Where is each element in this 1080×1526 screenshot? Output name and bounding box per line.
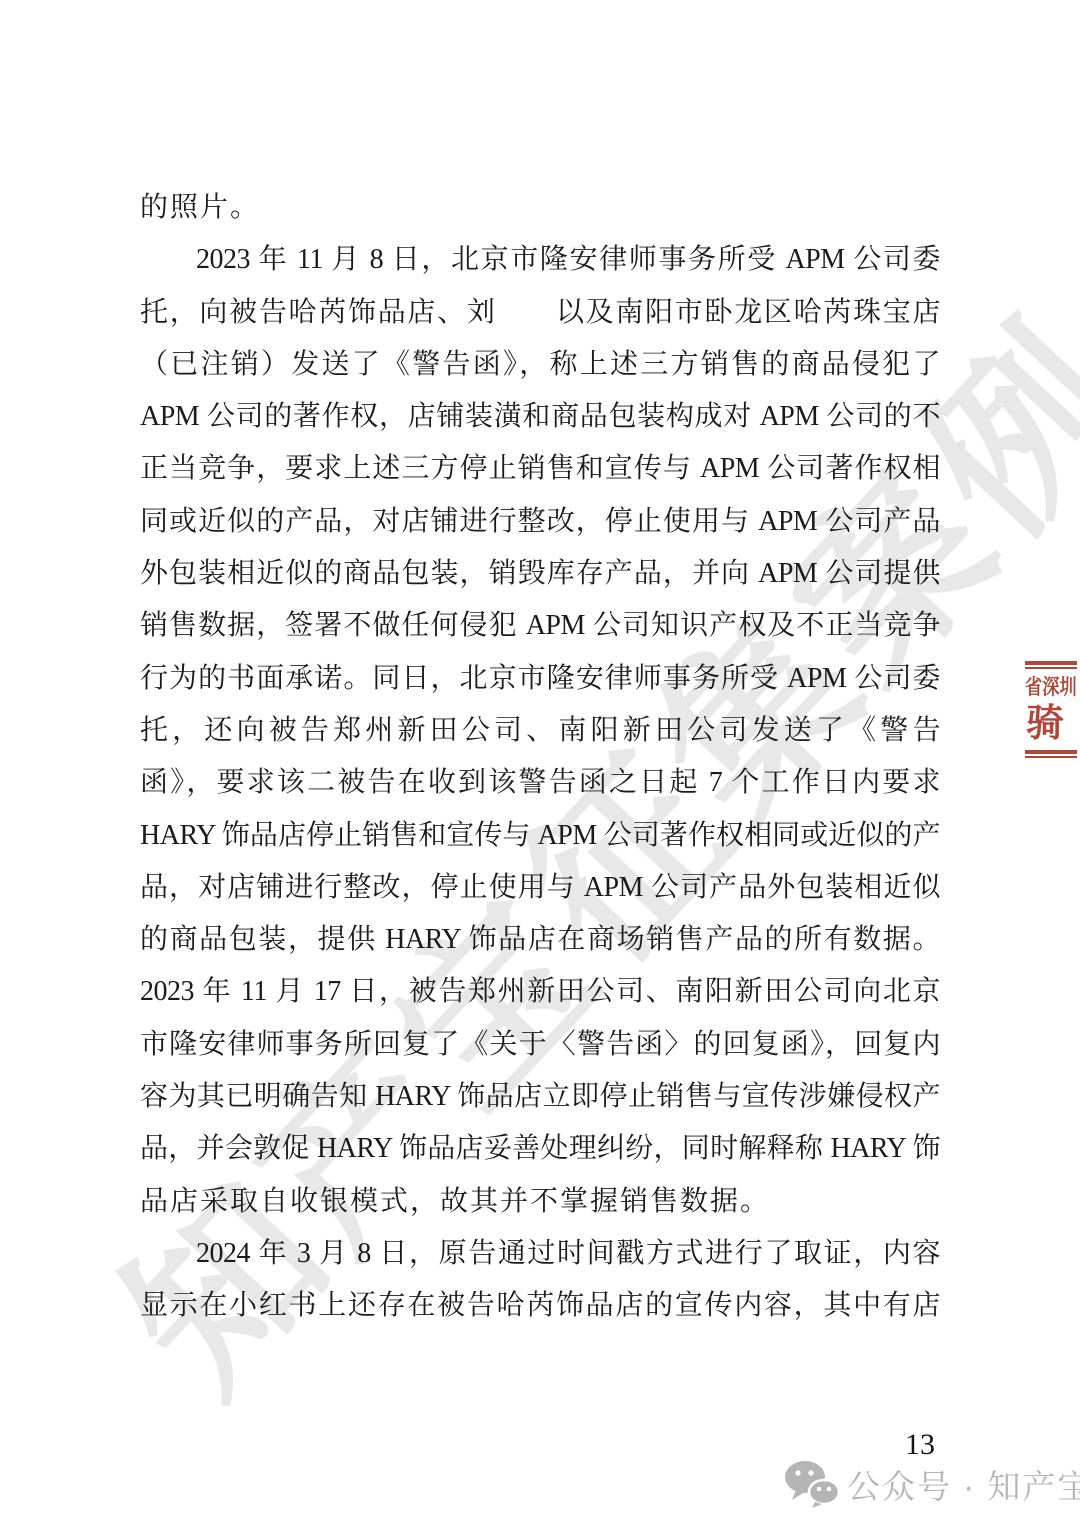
wechat-icon	[784, 1460, 840, 1508]
text-line: 的照片。	[140, 182, 940, 234]
text-line: 容为其已明确告知 HARY 饰品店立即停止销售与宣传涉嫌侵权产	[140, 1071, 940, 1123]
text-line: 2024 年 3 月 8 日，原告通过时间戳方式进行了取证，内容	[140, 1228, 940, 1280]
text-line: 外包装相近似的商品包装，销毁库存产品，并向 APM 公司提供	[140, 548, 940, 600]
page-number: 13	[850, 1428, 990, 1462]
seal-bottom-rule	[1025, 750, 1077, 758]
page-seal: 省深圳 骑	[1025, 661, 1077, 758]
text-line: 品店采取自收银模式，故其并不掌握销售数据。	[140, 1176, 940, 1228]
document-body: 的照片。 2023 年 11 月 8 日，北京市隆安律师事务所受 APM 公司委…	[140, 182, 940, 1333]
seal-top-rule	[1025, 661, 1077, 669]
text-line: 托，还向被告郑州新田公司、南阳新田公司发送了《警告	[140, 705, 940, 757]
text-line: 托，向被告哈芮饰品店、刘 以及南阳市卧龙区哈芮珠宝店	[140, 287, 940, 339]
document-page: 知产宝征集案例 的照片。 2023 年 11 月 8 日，北京市隆安律师事务所受…	[0, 0, 1080, 1526]
text-line: APM 公司的著作权，店铺装潢和商品包装构成对 APM 公司的不	[140, 391, 940, 443]
text-line: 函》，要求该二被告在收到该警告函之日起 7 个工作日内要求	[140, 757, 940, 809]
seal-text-row1: 省深圳	[1025, 672, 1068, 702]
text-line: 2023 年 11 月 8 日，北京市隆安律师事务所受 APM 公司委	[140, 234, 940, 286]
seal-text-row2: 骑	[1025, 702, 1077, 746]
text-line: 的商品包装，提供 HARY 饰品店在商场销售产品的所有数据。	[140, 914, 940, 966]
text-line: 销售数据，签署不做任何侵犯 APM 公司知识产权及不正当竞争	[140, 600, 940, 652]
text-line: 市隆安律师事务所回复了《关于〈警告函〉的回复函》，回复内	[140, 1019, 940, 1071]
text-line: 同或近似的产品，对店铺进行整改，停止使用与 APM 公司产品	[140, 496, 940, 548]
text-line: （已注销）发送了《警告函》，称上述三方销售的商品侵犯了	[140, 339, 940, 391]
text-line: 2023 年 11 月 17 日，被告郑州新田公司、南阳新田公司向北京	[140, 966, 940, 1018]
text-line: 品，并会敦促 HARY 饰品店妥善处理纠纷，同时解释称 HARY 饰	[140, 1123, 940, 1175]
text-line: 显示在小红书上还存在被告哈芮饰品店的宣传内容，其中有店	[140, 1280, 940, 1332]
footer-brand: 公众号 · 知产宝	[784, 1460, 1080, 1508]
footer-account-label: 公众号 · 知产宝	[847, 1461, 1080, 1508]
text-line: 正当竞争，要求上述三方停止销售和宣传与 APM 公司著作权相	[140, 443, 940, 495]
text-line: 行为的书面承诺。同日，北京市隆安律师事务所受 APM 公司委	[140, 653, 940, 705]
text-line: 品，对店铺进行整改，停止使用与 APM 公司产品外包装相近似	[140, 862, 940, 914]
text-line: HARY 饰品店停止销售和宣传与 APM 公司著作权相同或近似的产	[140, 810, 940, 862]
